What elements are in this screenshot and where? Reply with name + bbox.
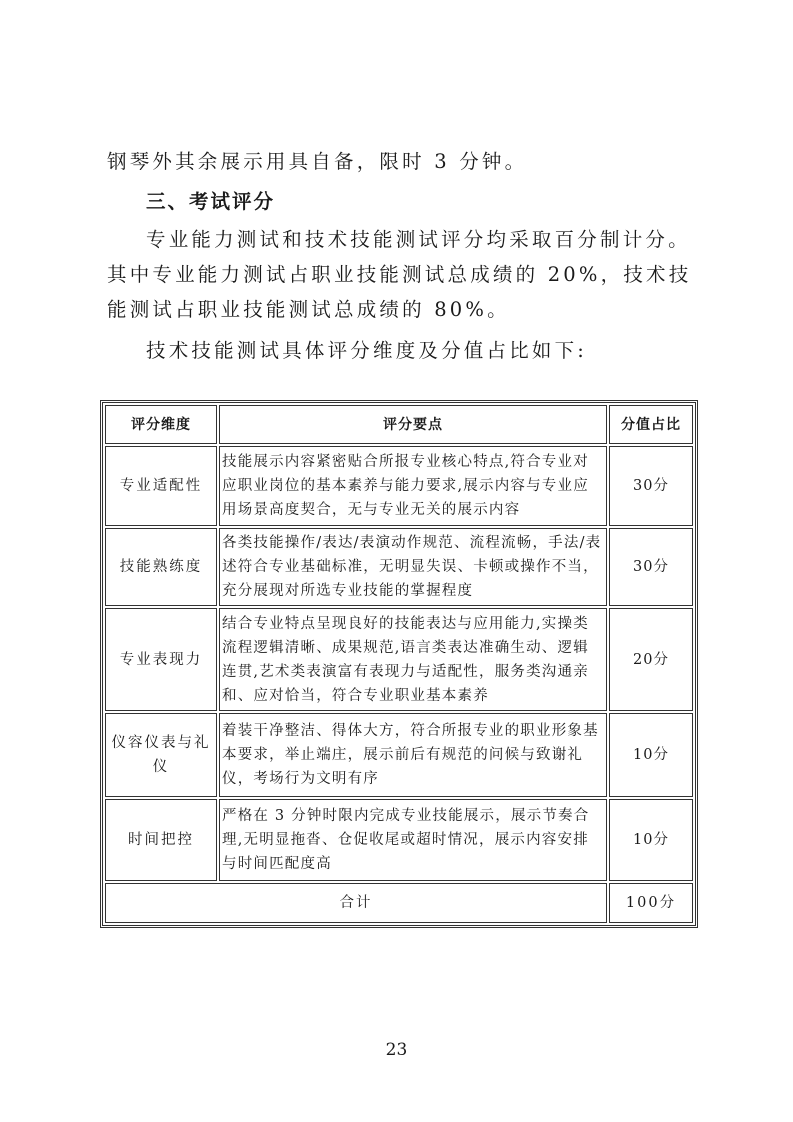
row-dimension: 专业表现力 bbox=[105, 608, 217, 711]
table-row: 时间把控 严格在 3 分钟时限内完成专业技能展示，展示节奏合理,无明显拖沓、仓促… bbox=[105, 799, 693, 881]
row-dimension: 时间把控 bbox=[105, 799, 217, 881]
continuation-text: 钢琴外其余展示用具自备，限时 3 分钟。 bbox=[107, 144, 697, 179]
header-value: 分值占比 bbox=[609, 405, 693, 444]
paragraph-table-intro: 技术技能测试具体评分维度及分值占比如下: bbox=[107, 333, 697, 368]
table-header-row: 评分维度 评分要点 分值占比 bbox=[105, 405, 693, 444]
row-value: 30分 bbox=[609, 528, 693, 606]
row-dimension: 技能熟练度 bbox=[105, 528, 217, 606]
row-value: 30分 bbox=[609, 446, 693, 526]
row-dimension: 仪容仪表与礼仪 bbox=[105, 713, 217, 797]
row-points: 技能展示内容紧密贴合所报专业核心特点,符合专业对应职业岗位的基本素养与能力要求,… bbox=[219, 446, 607, 526]
page-number: 23 bbox=[0, 1040, 793, 1060]
table-total-row: 合计 100分 bbox=[105, 883, 693, 923]
total-value: 100分 bbox=[609, 883, 693, 923]
total-label: 合计 bbox=[105, 883, 607, 923]
row-points: 各类技能操作/表达/表演动作规范、流程流畅，手法/表述符合专业基础标准，无明显失… bbox=[219, 528, 607, 606]
row-dimension: 专业适配性 bbox=[105, 446, 217, 526]
header-dimension: 评分维度 bbox=[105, 405, 217, 444]
row-value: 10分 bbox=[609, 713, 693, 797]
scoring-table: 评分维度 评分要点 分值占比 专业适配性 技能展示内容紧密贴合所报专业核心特点,… bbox=[100, 400, 698, 928]
row-value: 10分 bbox=[609, 799, 693, 881]
section-heading: 三、考试评分 bbox=[107, 184, 697, 219]
table-row: 技能熟练度 各类技能操作/表达/表演动作规范、流程流畅，手法/表述符合专业基础标… bbox=[105, 528, 693, 606]
row-points: 着装干净整洁、得体大方，符合所报专业的职业形象基本要求，举止端庄，展示前后有规范… bbox=[219, 713, 607, 797]
table-row: 专业适配性 技能展示内容紧密贴合所报专业核心特点,符合专业对应职业岗位的基本素养… bbox=[105, 446, 693, 526]
row-points: 严格在 3 分钟时限内完成专业技能展示，展示节奏合理,无明显拖沓、仓促收尾或超时… bbox=[219, 799, 607, 881]
paragraph-scoring-ratio: 专业能力测试和技术技能测试评分均采取百分制计分。其中专业能力测试占职业技能测试总… bbox=[107, 222, 697, 327]
table-row: 仪容仪表与礼仪 着装干净整洁、得体大方，符合所报专业的职业形象基本要求，举止端庄… bbox=[105, 713, 693, 797]
table-row: 专业表现力 结合专业特点呈现良好的技能表达与应用能力,实操类流程逻辑清晰、成果规… bbox=[105, 608, 693, 711]
row-points: 结合专业特点呈现良好的技能表达与应用能力,实操类流程逻辑清晰、成果规范,语言类表… bbox=[219, 608, 607, 711]
row-value: 20分 bbox=[609, 608, 693, 711]
header-points: 评分要点 bbox=[219, 405, 607, 444]
